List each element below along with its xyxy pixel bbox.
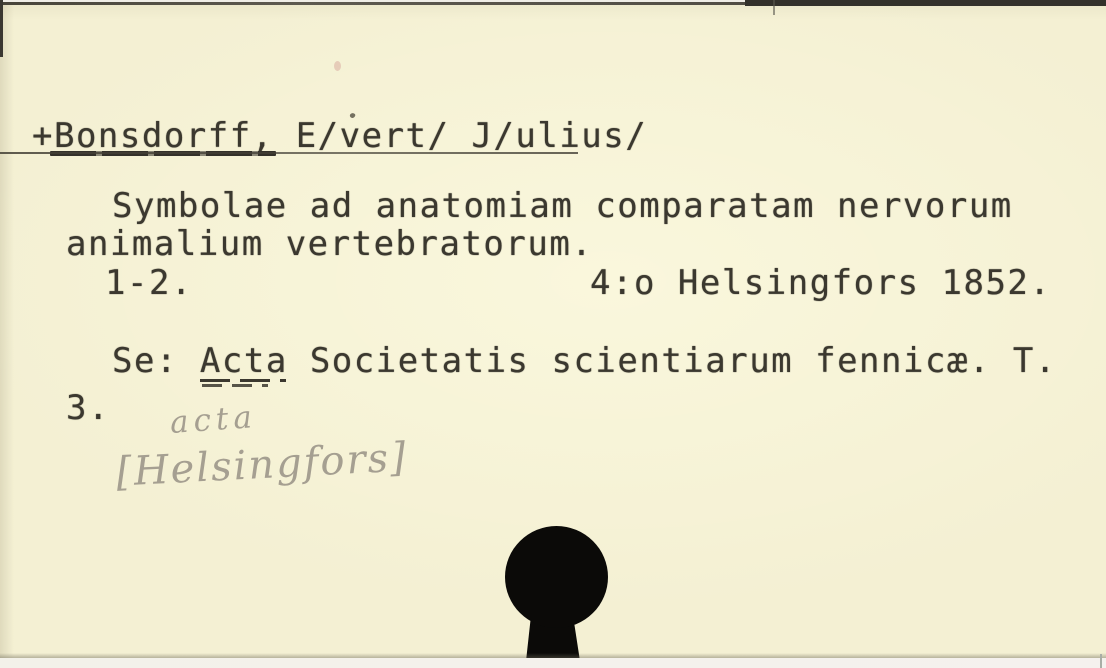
card-corner-mark bbox=[0, 0, 3, 57]
keyhole-punch-circle bbox=[505, 526, 608, 628]
series-rest: Societatis scientiarum fennicæ. T. bbox=[310, 341, 1057, 381]
author-surname: Bonsdorff, bbox=[54, 117, 274, 155]
imprint-statement: 4:o Helsingfors 1852. bbox=[590, 264, 1051, 302]
card-top-edge-left bbox=[0, 2, 745, 5]
title-line-2: animalium vertebratorum. bbox=[66, 225, 593, 263]
author-surname-text: Bonsdorff, bbox=[54, 116, 274, 156]
parts-statement: 1-2. bbox=[105, 264, 193, 302]
scan-bottom-line bbox=[1100, 654, 1102, 668]
catalog-card-scan: +Bonsdorff,E/vert/ J/ulius/ Symbolae ad … bbox=[0, 0, 1106, 668]
reference-line: Se:ActaSocietatis scientiarum fennicæ. T… bbox=[112, 342, 1057, 380]
typed-underline-series-2 bbox=[202, 384, 268, 387]
plus-mark: + bbox=[32, 116, 54, 156]
title-line-1: Symbolae ad anatomiam comparatam nervoru… bbox=[112, 187, 1013, 225]
pencil-note-acta: acta bbox=[169, 399, 258, 441]
card-behind-edge-line bbox=[773, 0, 775, 15]
pencil-note-helsingfors: [Helsingfors] bbox=[115, 434, 409, 495]
heading-rule bbox=[0, 152, 578, 154]
typed-underline-series-1 bbox=[200, 379, 286, 382]
volume-number: 3. bbox=[66, 389, 110, 427]
card-top-edge-right bbox=[745, 0, 1106, 6]
author-forenames: E/vert/ J/ulius/ bbox=[296, 116, 648, 156]
see-label: Se: bbox=[112, 341, 178, 381]
series-title: Acta bbox=[200, 342, 288, 380]
series-title-text: Acta bbox=[200, 341, 288, 381]
paper-speck-pink bbox=[334, 61, 341, 71]
heading-line: +Bonsdorff,E/vert/ J/ulius/ bbox=[32, 117, 647, 155]
scan-bottom-margin bbox=[0, 658, 1106, 668]
